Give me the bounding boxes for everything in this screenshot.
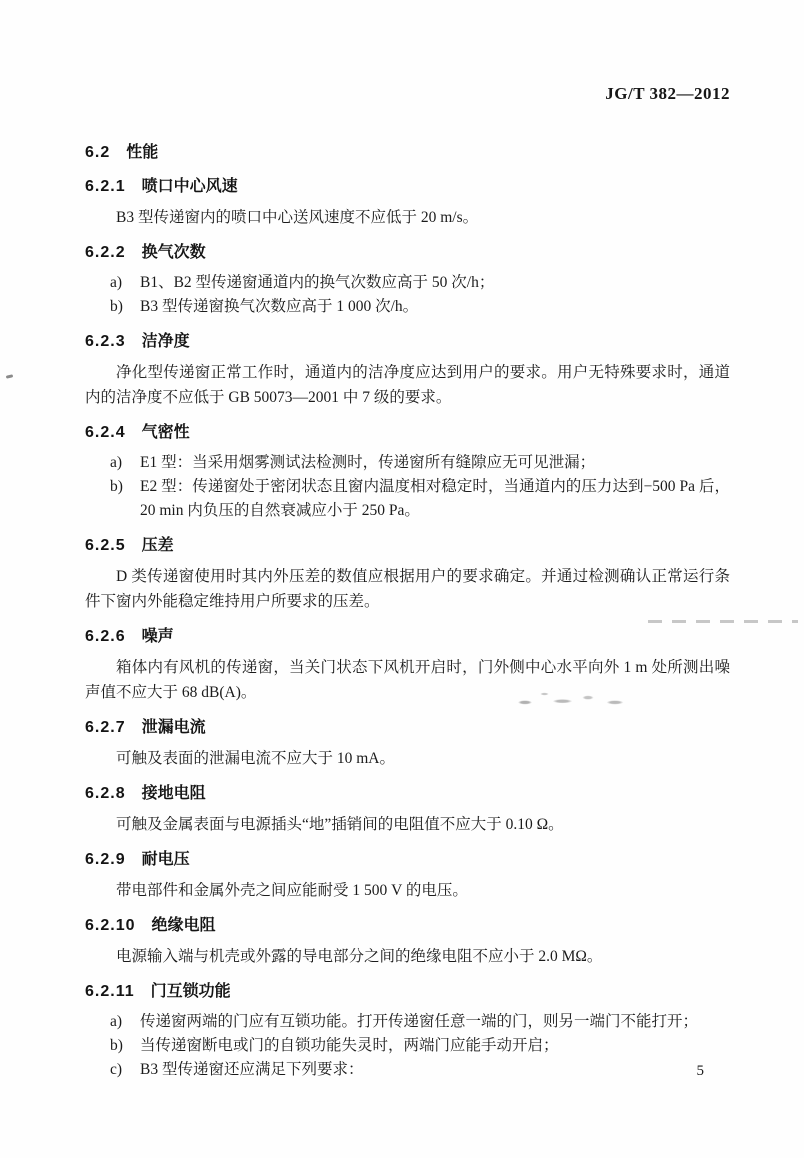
section-title: 性能 [126,144,158,161]
list-item: b)E2 型：传递窗处于密闭状态且窗内温度相对稳定时，当通道内的压力达到−500… [85,475,730,523]
section-title: 门互锁功能 [151,983,231,1000]
list-item: a)B1、B2 型传递窗通道内的换气次数应高于 50 次/h； [85,271,730,295]
list-item-text: 当传递窗断电或门的自锁功能失灵时，两端门应能手动开启； [140,1034,730,1058]
section-number: 6.2.7 [85,719,126,736]
section-number: 6.2.9 [85,851,126,868]
section-number: 6.2.10 [85,917,135,934]
list-item: b)B3 型传递窗换气次数应高于 1 000 次/h。 [85,295,730,319]
section-title: 换气次数 [142,244,206,261]
section-number: 6.2 [85,144,110,161]
clause-list: a)B1、B2 型传递窗通道内的换气次数应高于 50 次/h；b)B3 型传递窗… [85,271,730,319]
section-title: 绝缘电阻 [151,917,215,934]
paragraph: 可触及表面的泄漏电流不应大于 10 mA。 [85,746,730,771]
section-heading-6.2.4: 6.2.4气密性 [85,422,730,444]
section-number: 6.2.11 [85,983,135,1000]
section-heading-6.2.10: 6.2.10绝缘电阻 [85,915,730,937]
clause-list: a)传递窗两端的门应有互锁功能。打开传递窗任意一端的门，则另一端门不能打开；b)… [85,1010,730,1082]
document-body: 6.2性能6.2.1喷口中心风速B3 型传递窗内的喷口中心送风速度不应低于 20… [85,142,730,1082]
section-number: 6.2.1 [85,178,126,195]
section-heading-6.2.11: 6.2.11门互锁功能 [85,981,730,1003]
section-heading-6.2.5: 6.2.5压差 [85,535,730,557]
section-title: 喷口中心风速 [142,178,238,195]
page-number: 5 [697,1063,705,1080]
section-title: 气密性 [142,424,190,441]
paragraph: 电源输入端与机壳或外露的导电部分之间的绝缘电阻不应小于 2.0 MΩ。 [85,944,730,969]
section-title: 耐电压 [142,851,190,868]
paragraph: 可触及金属表面与电源插头“地”插销间的电阻值不应大于 0.10 Ω。 [85,812,730,837]
list-item-label: c) [110,1058,140,1082]
section-heading-6.2.9: 6.2.9耐电压 [85,849,730,871]
standard-number: JG/T 382—2012 [605,84,730,103]
section-heading-6.2.7: 6.2.7泄漏电流 [85,717,730,739]
section-heading-6.2.2: 6.2.2换气次数 [85,242,730,264]
section-heading-6.2: 6.2性能 [85,142,730,164]
list-item-label: a) [110,451,140,475]
paragraph: 净化型传递窗正常工作时，通道内的洁净度应达到用户的要求。用户无特殊要求时，通道内… [85,360,730,410]
paragraph: B3 型传递窗内的喷口中心送风速度不应低于 20 m/s。 [85,205,730,230]
list-item: a)E1 型：当采用烟雾测试法检测时，传递窗所有缝隙应无可见泄漏； [85,451,730,475]
section-heading-6.2.6: 6.2.6噪声 [85,626,730,648]
list-item-text: B3 型传递窗换气次数应高于 1 000 次/h。 [140,295,730,319]
list-item-label: b) [110,1034,140,1058]
list-item-text: E2 型：传递窗处于密闭状态且窗内温度相对稳定时，当通道内的压力达到−500 P… [140,475,730,523]
section-number: 6.2.4 [85,424,126,441]
paragraph: 箱体内有风机的传递窗，当关门状态下风机开启时，门外侧中心水平向外 1 m 处所测… [85,655,730,705]
list-item-label: a) [110,271,140,295]
list-item-label: a) [110,1010,140,1034]
running-header: JG/T 382—2012 [85,84,730,104]
list-item: a)传递窗两端的门应有互锁功能。打开传递窗任意一端的门，则另一端门不能打开； [85,1010,730,1034]
section-title: 泄漏电流 [142,719,206,736]
list-item-text: B1、B2 型传递窗通道内的换气次数应高于 50 次/h； [140,271,730,295]
section-title: 洁净度 [142,333,190,350]
section-number: 6.2.2 [85,244,126,261]
list-item-text: 传递窗两端的门应有互锁功能。打开传递窗任意一端的门，则另一端门不能打开； [140,1010,730,1034]
clause-list: a)E1 型：当采用烟雾测试法检测时，传递窗所有缝隙应无可见泄漏；b)E2 型：… [85,451,730,523]
section-number: 6.2.5 [85,537,126,554]
list-item-label: b) [110,295,140,319]
paragraph: 带电部件和金属外壳之间应能耐受 1 500 V 的电压。 [85,878,730,903]
section-number: 6.2.3 [85,333,126,350]
paragraph: D 类传递窗使用时其内外压差的数值应根据用户的要求确定。并通过检测确认正常运行条… [85,564,730,614]
list-item-label: b) [110,475,140,499]
section-heading-6.2.8: 6.2.8接地电阻 [85,783,730,805]
list-item: b)当传递窗断电或门的自锁功能失灵时，两端门应能手动开启； [85,1034,730,1058]
section-number: 6.2.6 [85,628,126,645]
list-item-text: B3 型传递窗还应满足下列要求： [140,1058,730,1082]
section-number: 6.2.8 [85,785,126,802]
section-heading-6.2.1: 6.2.1喷口中心风速 [85,176,730,198]
section-title: 压差 [142,537,174,554]
list-item-text: E1 型：当采用烟雾测试法检测时，传递窗所有缝隙应无可见泄漏； [140,451,730,475]
scan-artifact-dot [6,374,13,378]
section-title: 接地电阻 [142,785,206,802]
list-item: c)B3 型传递窗还应满足下列要求： [85,1058,730,1082]
section-heading-6.2.3: 6.2.3洁净度 [85,331,730,353]
document-page: JG/T 382—2012 6.2性能6.2.1喷口中心风速B3 型传递窗内的喷… [0,0,804,1158]
section-title: 噪声 [142,628,174,645]
